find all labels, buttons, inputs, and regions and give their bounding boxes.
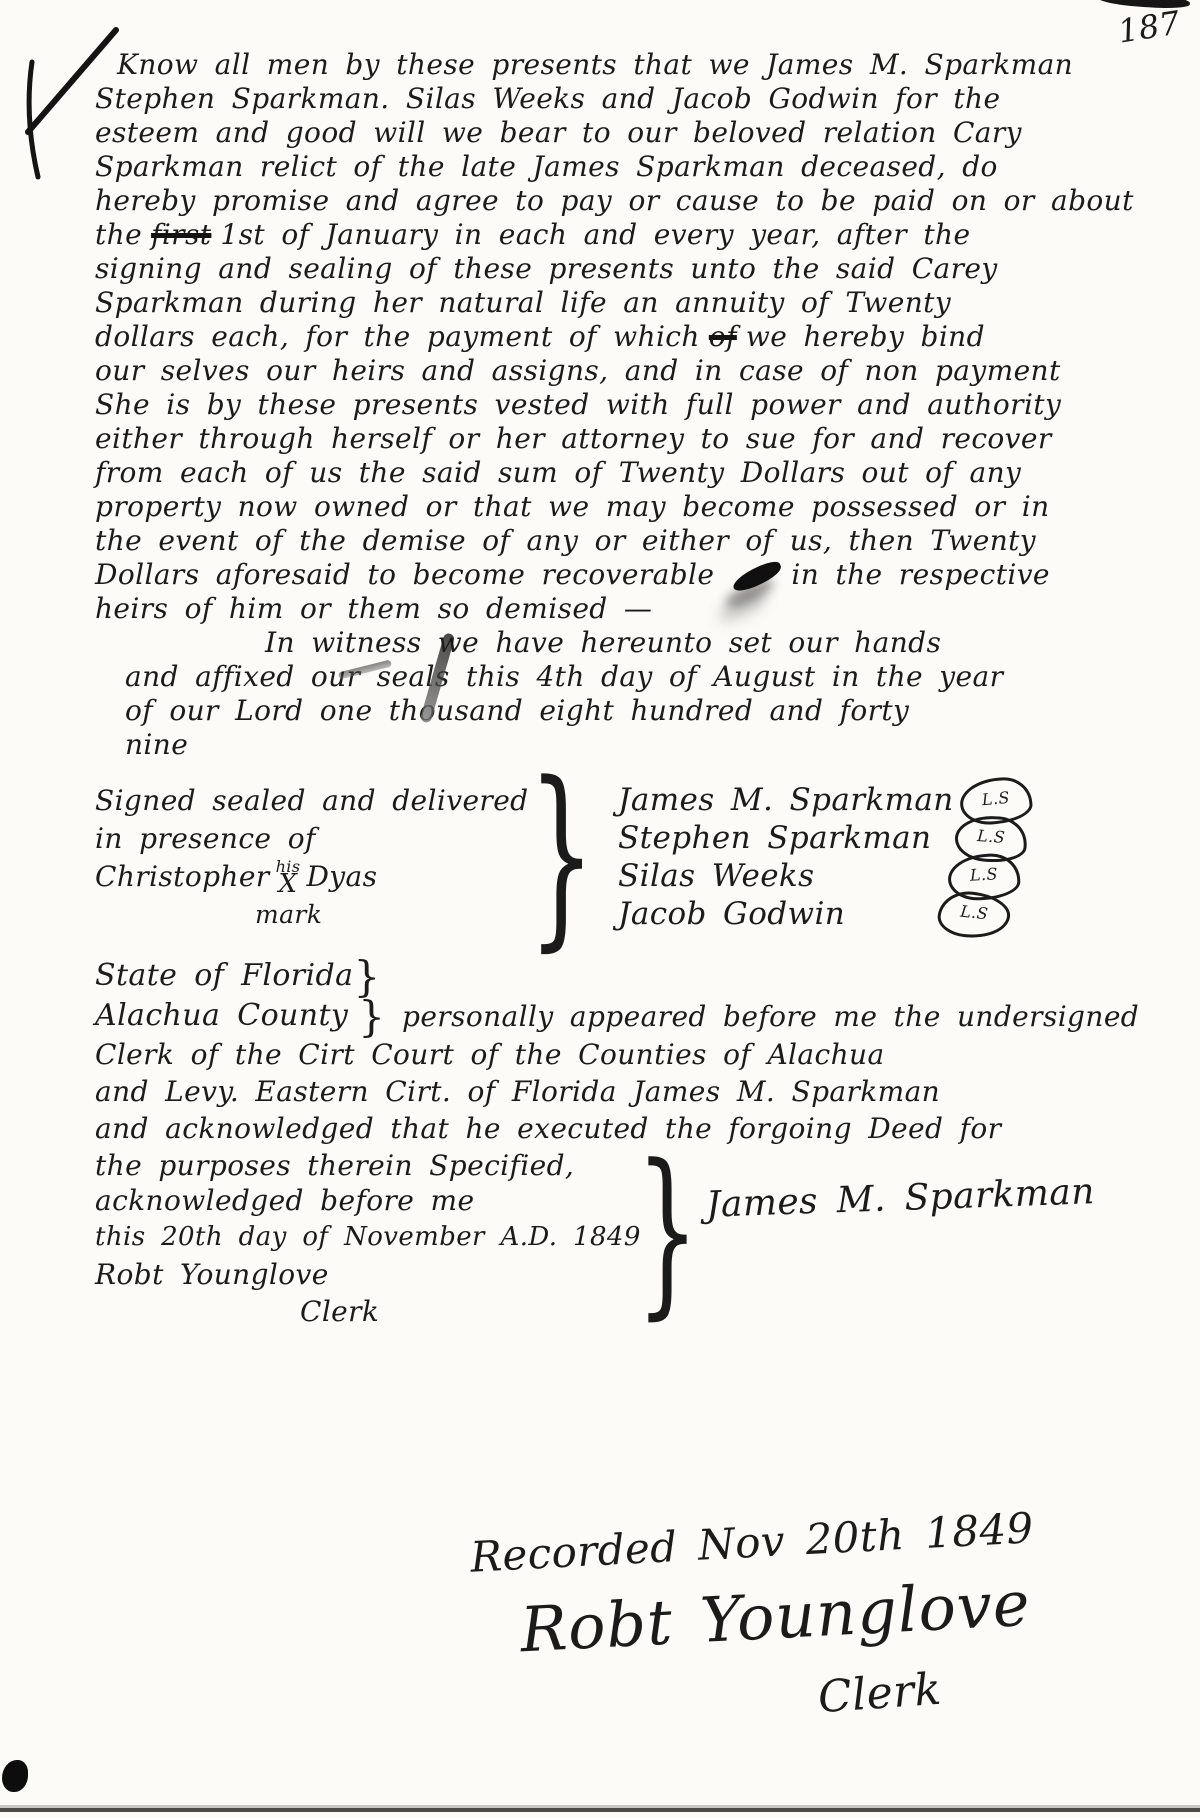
deed-line: heirs of him or them so demised — xyxy=(95,592,1190,626)
deed-text: our selves our heirs and assigns, and in… xyxy=(95,354,1061,387)
signature-row: James M. SparkmanL.S xyxy=(618,782,1058,820)
deed-text: dollars each, for the payment of which xyxy=(95,320,700,353)
certification-line: Clerk of the Cirt Court of the Counties … xyxy=(95,1036,1001,1073)
state-line: State of Florida} xyxy=(95,956,381,998)
deed-line: Stephen Sparkman. Silas Weeks and Jacob … xyxy=(95,82,1190,116)
deed-text: the xyxy=(95,218,142,251)
signature-name: Jacob Godwin xyxy=(618,896,845,932)
signature-name: Silas Weeks xyxy=(618,858,814,894)
signature-name: James M. Sparkman xyxy=(618,782,954,818)
his-mark: hisX xyxy=(276,861,301,895)
deed-text: first xyxy=(151,218,211,251)
deed-body: Know all men by these presents that we J… xyxy=(95,48,1190,762)
deed-line: signing and sealing of these presents un… xyxy=(95,252,1190,286)
state-label: State of Florida xyxy=(95,958,353,993)
deed-text: hereby promise and agree to pay or cause… xyxy=(95,184,1134,217)
deed-text: She is by these presents vested with ful… xyxy=(95,388,1061,421)
certification-body: Clerk of the Cirt Court of the Counties … xyxy=(95,1036,1001,1184)
deed-text: nine xyxy=(125,728,188,761)
deed-text: Dollars aforesaid to become recoverable xyxy=(95,558,714,591)
acknowledgment-block: acknowledged before me this 20th day of … xyxy=(95,1182,641,1330)
witness-block: Signed sealed and delivered in presence … xyxy=(95,782,529,934)
deed-line: from each of us the said sum of Twenty D… xyxy=(95,456,1190,490)
deed-line: She is by these presents vested with ful… xyxy=(95,388,1190,422)
appeared-line: personally appeared before me the unders… xyxy=(402,998,1139,1035)
deed-line: esteem and good will we bear to our belo… xyxy=(95,116,1190,150)
certification-brace: } xyxy=(636,1142,699,1322)
document-page: 187 Know all men by these presents that … xyxy=(0,0,1200,1818)
deed-line: the event of the demise of any or either… xyxy=(95,524,1190,558)
clerk-signature-small: Robt Younglove xyxy=(95,1256,641,1293)
deed-line: either through herself or her attorney t… xyxy=(95,422,1190,456)
signature-list: James M. SparkmanL.SStephen SparkmanL.SS… xyxy=(618,782,1058,934)
witness-line-2: in presence of xyxy=(95,820,529,858)
witness-name-last: Dyas xyxy=(306,860,377,893)
county-line: Alachua County} xyxy=(95,996,385,1038)
deed-text: in the respective xyxy=(791,558,1050,591)
witness-line-1: Signed sealed and delivered xyxy=(95,782,529,820)
scan-bottom-edge xyxy=(0,1808,1200,1812)
certification-line: and acknowledged that he executed the fo… xyxy=(95,1110,1001,1147)
deed-line: our selves our heirs and assigns, and in… xyxy=(95,354,1190,388)
x-mark: X xyxy=(276,873,301,895)
deed-line: Dollars aforesaid to become recoverablei… xyxy=(95,558,1190,592)
deed-text: the event of the demise of any or either… xyxy=(95,524,1036,557)
clerk-title-small: Clerk xyxy=(95,1293,641,1330)
clerk-title-large: Clerk xyxy=(816,1664,943,1723)
deed-line: dollars each, for the payment of whichof… xyxy=(95,320,1190,354)
deed-text: esteem and good will we bear to our belo… xyxy=(95,116,1022,149)
ink-blot xyxy=(730,558,784,595)
seal-icon: L.S xyxy=(936,888,1012,941)
certification-line: and Levy. Eastern Cirt. of Florida James… xyxy=(95,1073,1001,1110)
deed-line: and affixed our seals this 4th day of Au… xyxy=(125,660,1190,694)
deed-text: property now owned or that we may become… xyxy=(95,490,1050,523)
deed-text: and affixed our seals this 4th day of Au… xyxy=(125,660,1003,693)
deed-text: either through herself or her attorney t… xyxy=(95,422,1052,455)
witness-name-first: Christopher xyxy=(95,860,270,893)
deed-text: from each of us the said sum of Twenty D… xyxy=(95,456,1021,489)
deed-text: we hereby bind xyxy=(746,320,985,353)
deed-text: of xyxy=(709,320,737,353)
ink-blob-bottom-left xyxy=(2,1760,28,1792)
deed-text: Stephen Sparkman. Silas Weeks and Jacob … xyxy=(95,82,1000,115)
deed-text: of our Lord one thousand eight hundred a… xyxy=(125,694,909,727)
deed-text: Sparkman relict of the late James Sparkm… xyxy=(95,150,998,183)
signature-name: Stephen Sparkman xyxy=(618,820,931,856)
deed-text: heirs of him or them so demised — xyxy=(95,592,652,625)
deed-text: Sparkman during her natural life an annu… xyxy=(95,286,951,319)
witness-name-line: ChristopherhisXDyas xyxy=(95,858,529,896)
deed-line: nine xyxy=(125,728,1190,762)
signature-brace: } xyxy=(528,758,595,954)
ack-line-2: this 20th day of November A.D. 1849 xyxy=(95,1219,641,1256)
deed-line: hereby promise and agree to pay or cause… xyxy=(95,184,1190,218)
deed-line: property now owned or that we may become… xyxy=(95,490,1190,524)
signature-row: Silas WeeksL.S xyxy=(618,858,1058,896)
page-number: 187 xyxy=(1115,3,1182,50)
deed-line: thefirst1st of January in each and every… xyxy=(95,218,1190,252)
deed-text: 1st of January in each and every year, a… xyxy=(220,218,970,251)
mark-label: mark xyxy=(95,896,529,934)
deed-line: Sparkman relict of the late James Sparkm… xyxy=(95,150,1190,184)
ack-line-1: acknowledged before me xyxy=(95,1182,641,1219)
county-label: Alachua County xyxy=(95,998,348,1033)
deed-line: In witness we have hereunto set our hand… xyxy=(265,626,1190,660)
deed-text: signing and sealing of these presents un… xyxy=(95,252,998,285)
clerk-signature-large: Robt Younglove xyxy=(518,1567,1032,1667)
deed-line: Know all men by these presents that we J… xyxy=(117,48,1190,82)
signature-row: Stephen SparkmanL.S xyxy=(618,820,1058,858)
signature-row: Jacob GodwinL.S xyxy=(618,896,1058,934)
county-brace: } xyxy=(358,992,385,1041)
deed-line: of our Lord one thousand eight hundred a… xyxy=(125,694,1190,728)
deed-text: Know all men by these presents that we J… xyxy=(117,48,1073,81)
deed-text: In witness we have hereunto set our hand… xyxy=(265,626,941,659)
deed-line: Sparkman during her natural life an annu… xyxy=(95,286,1190,320)
